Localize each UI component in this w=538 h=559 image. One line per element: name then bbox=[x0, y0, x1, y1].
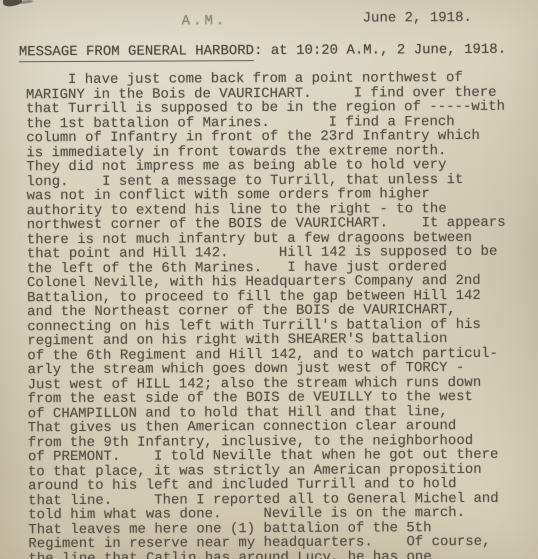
document-date: June 2, 1918. bbox=[363, 10, 472, 27]
message-heading: MESSAGE FROM GENERAL HARBORD: at 10:20 A… bbox=[19, 42, 506, 61]
document-content: A.M. June 2, 1918. MESSAGE FROM GENERAL … bbox=[0, 0, 538, 559]
message-heading-underlined: MESSAGE FROM GENERAL HARBORD bbox=[19, 43, 254, 62]
message-heading-rest: : at 10:20 A.M., 2 June, 1918. bbox=[254, 42, 506, 59]
document-page: A.M. June 2, 1918. MESSAGE FROM GENERAL … bbox=[0, 0, 538, 559]
am-stamp: A.M. bbox=[182, 13, 228, 29]
message-body: I have just come back from a point north… bbox=[26, 71, 507, 559]
